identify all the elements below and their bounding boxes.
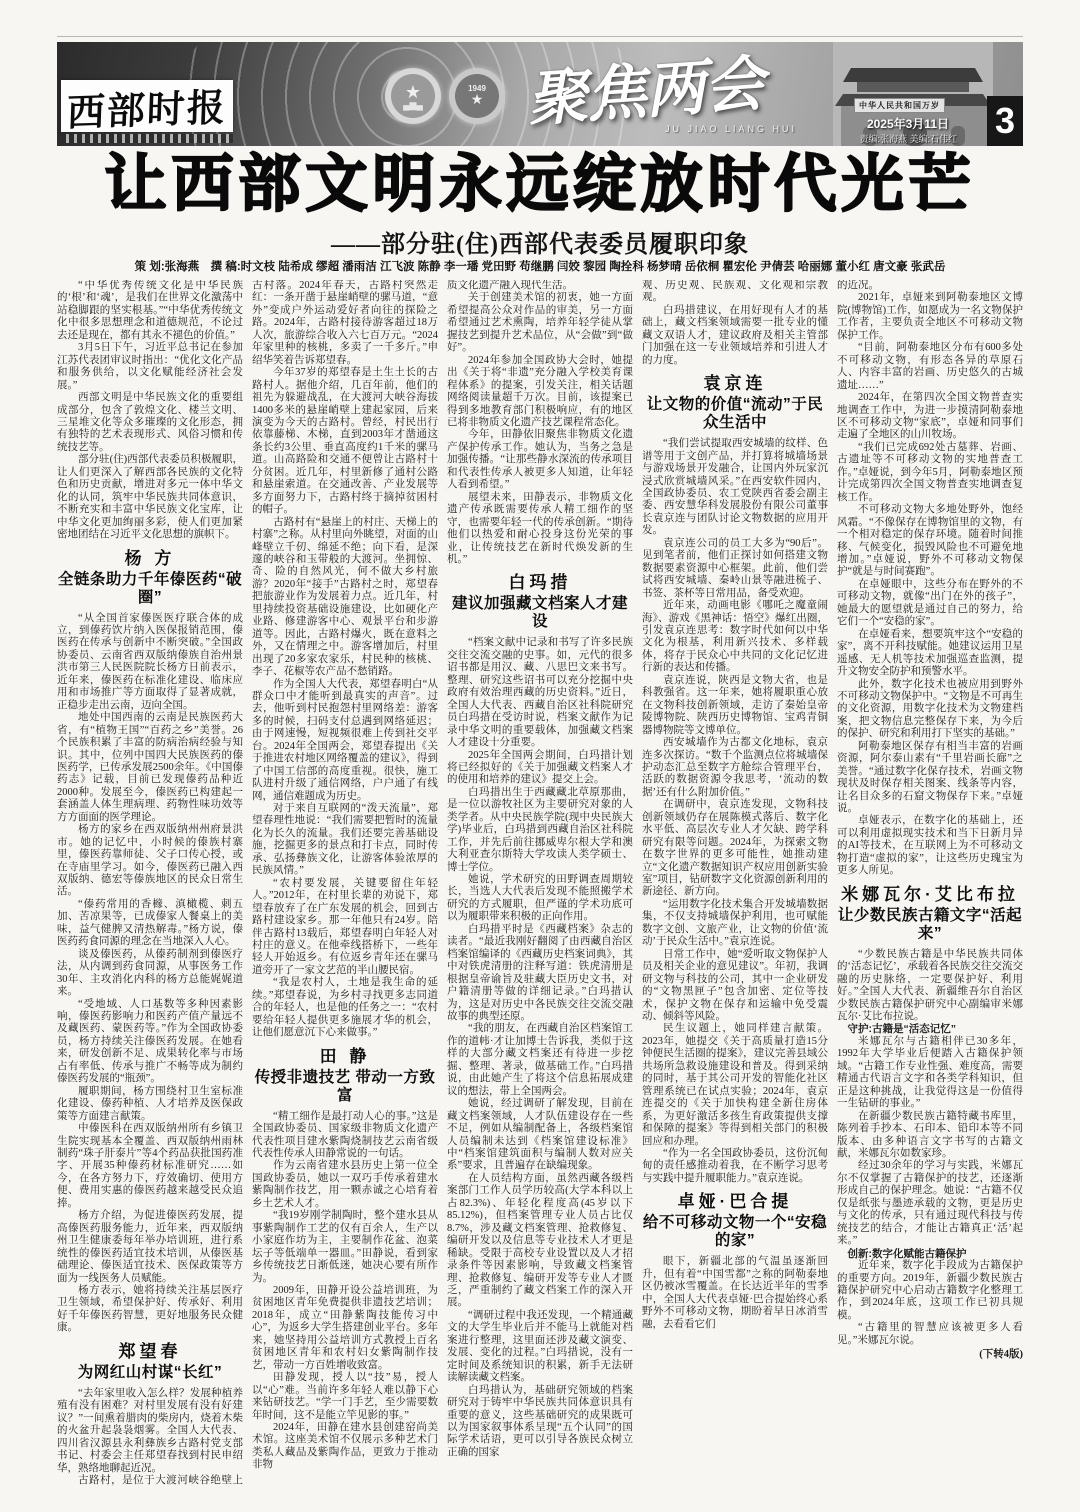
section-title: 让少数民族古籍文字“活起来” bbox=[837, 907, 1023, 943]
cppcc-emblem-year: 1949 bbox=[468, 84, 486, 93]
article-paragraph: 经过30余年的学习与实践，米娜瓦尔不仅掌握了古籍保护的技艺，还逐渐形成自己的保护… bbox=[837, 1160, 1023, 1247]
banner-date: 2025年3月11日 bbox=[867, 115, 949, 132]
article-paragraph: 古路村有“悬崖上的村庄、天梯上的村寨”之称。从村里向外眺望，对面的山峰壁立千仞、… bbox=[252, 517, 438, 679]
cppcc-emblem-icon: 1949 ★ bbox=[449, 68, 505, 124]
article-paragraph: 此外，数字化技术也被应用到野外不可移动文物保护中。“文物是不可再生的文化资源，用… bbox=[837, 679, 1023, 741]
banner-editors: 责编:张海燕 美编:石伟红 bbox=[859, 132, 957, 145]
article-paragraph: “精工细作是最打动人心的事。”这是全国政协委员、国家级非物质文化遗产代表性项目建… bbox=[252, 1111, 438, 1161]
newspaper-page: 西部时报 ★ ▄▆▄ 1949 ★ 聚焦两会 JU JIAO LIANG HUI… bbox=[0, 0, 1080, 1512]
article-paragraph: 在卓娅眼中，这些分布在野外的不可移动文物，就像“出门在外的孩子”，她最大的愿望就… bbox=[837, 579, 1023, 629]
article-paragraph: 在新疆少数民族古籍特藏书库里，陈列着手抄本、石印本、铅印本等不同版本、由多种语言… bbox=[837, 1111, 1023, 1161]
article-paragraph: 杨方介绍，为促进傣医药发展，提高傣医药服务能力，近年来，西双版纳州卫生健康委每年… bbox=[57, 1210, 243, 1285]
section-title: 让文物的价值“流动”于民众生活中 bbox=[642, 396, 828, 432]
article-paragraph: “作为一名全国政协委员，这份沉甸甸的责任感推动着我，在不断学习思考与实践中提升履… bbox=[642, 1148, 828, 1185]
section-heading: 白玛措建议加强藏文档案人才建设 bbox=[447, 573, 633, 631]
article-paragraph: 日常工作中，她“爱听取文物保护人员及相关企业的意见建议”。年初，我调研文物与科技… bbox=[642, 949, 828, 1024]
delegate-name: 白玛措 bbox=[447, 573, 633, 593]
masthead: 西部时报 bbox=[61, 80, 233, 132]
article-paragraph: 作为全国人大代表，郑望春明白“从群众口中才能听到最真实的声音”。过去，他听到村民… bbox=[252, 679, 438, 804]
article-paragraph: “傣药常用的香橼、滇橄榄、刺五加、苦凉果等，已成傣家人餐桌上的美味，益气健脾又清… bbox=[57, 899, 243, 949]
section-heading: 米娜瓦尔·艾比布拉让少数民族古籍文字“活起来” bbox=[837, 885, 1023, 943]
delegate-name: 郑望春 bbox=[57, 1342, 243, 1362]
national-emblem-icon: ★ ▄▆▄ bbox=[385, 68, 441, 124]
delegate-name: 卓娅·巴合提 bbox=[642, 1192, 828, 1212]
article-paragraph: 西安城墙作为古都文化地标，袁京连多次探访。“数千个监测点位将城墙保护动态汇总至数… bbox=[642, 737, 828, 799]
article-paragraph: “运用数字化技术集合开发城墙数据集，不仅支持城墙保护利用，也可赋能数字文创、文旅… bbox=[642, 899, 828, 949]
article-paragraph: 2024年，田静在建水县创建窑尚美术馆。这座美术馆不仅展示多种艺术门类私人藏品及… bbox=[252, 1422, 438, 1472]
article-paragraph: 近年来，动画电影《哪吒之魔童闹海》、游戏《黑神话：悟空》爆红出圈，引发袁京连思考… bbox=[642, 600, 828, 675]
article-paragraph: 古路村，是位于大渡河峡谷绝壁上的 bbox=[57, 1475, 243, 1486]
article-paragraph: 中傣医科在西双版纳州所有乡镇卫生院实现基本全覆盖、西双版纳州雨林制药“珠子肝泰片… bbox=[57, 1123, 243, 1210]
continued-note: (下转4版) bbox=[837, 1349, 1023, 1361]
article-paragraph: 观、历史观、民族观、文化观和宗教观。 bbox=[642, 280, 828, 305]
article-paragraph: “我是农村人，土地是我生命的延续。”郑望春说，为乡村寻找更多志同道合的年轻人，也… bbox=[252, 977, 438, 1039]
section-title: 为网红山村谋“长红” bbox=[57, 1364, 243, 1382]
article-column: 观、历史观、民族观、文化观和宗教观。白玛措建议，在用好现有人才的基础上，藏文档案… bbox=[642, 280, 828, 1486]
article-paragraph: 白玛措建议，在用好现有人才的基础上，藏文档案领域需要一批专业的懂藏文双语人才，建… bbox=[642, 305, 828, 367]
article-paragraph: “少数民族古籍是中华民族共同体的‘活态记忆’，承载着各民族交往交流交融的历史脉络… bbox=[837, 949, 1023, 1024]
article-paragraph: 阿勒泰地区保存有相当丰富的岩画资源，阿尔泰山素有“千里岩画长廊”之美誉。“通过数… bbox=[837, 741, 1023, 816]
article-paragraph: 眼下，新疆北部的气温虽逐渐回升，但有着“中国雪都”之称的阿勒泰地区仍被冰雪覆盖。… bbox=[642, 1256, 828, 1331]
article-paragraph: 杨方表示，她将持续关注基层医疗卫生领域，希望保护好、传承好、利用好千年傣医药智慧… bbox=[57, 1285, 243, 1335]
top-rule bbox=[57, 36, 1023, 37]
article-paragraph: 卓娅表示，在数字化的基础上，还可以利用虚拟现实技术和当下日新月异的AI等技术，在… bbox=[837, 815, 1023, 877]
article-paragraph: 2025年全国两会期间，白玛措计划将已经拟好的《关于加强藏文档案人才的使用和培养… bbox=[447, 750, 633, 787]
article-paragraph: 在卓娅看来，想要筑牢这个“安稳的家”，离不开科技赋能。她建议运用卫星遥感、无人机… bbox=[837, 629, 1023, 679]
article-paragraph: 3月5日下午，习近平总书记在参加江苏代表团审议时指出：“优化文化产品和服务供给，… bbox=[57, 342, 243, 392]
article-paragraph: “我19岁刚学制陶时，整个建水县从事紫陶制作工艺的仅有百余人，生产以小家庭作坊为… bbox=[252, 1210, 438, 1285]
article-paragraph: “从全国首家傣医医疗联合体的成立，到傣药饮片纳入医保报销范围，傣医药在传承与创新… bbox=[57, 613, 243, 713]
section-heading: 卓娅·巴合提给不可移动文物一个“安稳的家” bbox=[642, 1192, 828, 1250]
article-paragraph: 谈及傣医药，从傣药制剂到傣医疗法，从内调到药食同源，从事医务工作30年、主攻消化… bbox=[57, 949, 243, 999]
gate-glyph-icon: ▄▆▄ bbox=[403, 101, 423, 110]
article-paragraph: 在调研中，袁京连发现，文物科技创新领域仍存在展陈模式落后、数字化水平低、高层次专… bbox=[642, 799, 828, 899]
article-column: 的近况。2021年，卓娅来到阿勒泰地区文博院(博物馆)工作，如愿成为一名文物保护… bbox=[837, 280, 1023, 1486]
article-paragraph: 对于来自互联网的“泼天流量”，郑望春理性地说：“我们需要把暂时的流量化为长久的流… bbox=[252, 803, 438, 878]
banner-title-pinyin: JU JIAO LIANG HUI bbox=[665, 124, 797, 134]
article-paragraph: “调研过程中我还发现，一个精通藏文的大学生毕业后并不能马上就能对档案进行整理，这… bbox=[447, 1310, 633, 1385]
article-paragraph: 部分驻(住)西部代表委员积极履职，让人们更深入了解西部各民族的文化特色和历史贡献… bbox=[57, 454, 243, 541]
article-paragraph: 2024年参加全国政协大会时，她提出《关于将“非遗”充分融入学校美育课程体系》的… bbox=[447, 355, 633, 430]
main-headline: 让西部文明永远绽放时代光芒 bbox=[40, 152, 1040, 218]
article-paragraph: 袁京连公司的员工大多为“90后”。见到笔者前，他们正探讨如何搭建文物数据要素资源… bbox=[642, 538, 828, 600]
article-paragraph: 关于创建美术馆的初衷，她一方面希望提高公众对作品的审美，另一方面希望通过艺术熏陶… bbox=[447, 292, 633, 354]
article-paragraph: 白玛措认为，基础研究领域的档案研究对于铸牢中华民族共同体意识具有重要的意义，这些… bbox=[447, 1385, 633, 1460]
article-paragraph: 质文化遗产融入现代生活。 bbox=[447, 280, 633, 292]
masthead-info-strip bbox=[61, 134, 233, 143]
article-column: 古村落。2024年春天，古路村突然走红：一条开凿于悬崖峭壁的骡马道，“意外”变成… bbox=[252, 280, 438, 1486]
article-paragraph: 杨方的家乡在西双版纳州州府景洪市。她的记忆中，小时候的傣族村寨里，傣医药靠师徒、… bbox=[57, 824, 243, 899]
page-number: 3 bbox=[987, 96, 1023, 146]
article-column: “中华优秀传统文化是中华民族的‘根’和‘魂’，是我们在世界文化激荡中站稳脚跟的坚… bbox=[57, 280, 243, 1486]
article-paragraph: 米娜瓦尔与古籍相伴已30多年，1992年大学毕业后便踏入古籍保护领域。“古籍工作… bbox=[837, 1036, 1023, 1111]
article-paragraph: 她说，经过调研了解发现，目前在藏文档案领域，人才队伍建设存在一些不足，例如从编制… bbox=[447, 1098, 633, 1173]
section-heading: 田 静传授非遗技艺 带动一方致富 bbox=[252, 1047, 438, 1105]
article-paragraph: 田静发现，授人以“技”易，授人以“心”难。当前许多年轻人难以静下心来钻研技艺。“… bbox=[252, 1372, 438, 1422]
article-columns: “中华优秀传统文化是中华民族的‘根’和‘魂’，是我们在世界文化激荡中站稳脚跟的坚… bbox=[57, 280, 1023, 1486]
article-paragraph: 履职期间，杨方围绕村卫生室标准化建设、傣药种植、人才培养及医保政策等方面建言献策… bbox=[57, 1086, 243, 1123]
article-paragraph: “我们尝试提取西安城墙的纹样、色谱等用于文创产品，并打算将城墙场景与游戏场景开发… bbox=[642, 438, 828, 538]
article-paragraph: 袁京连说，陕西是文物大省，也是科教强省。这一年来，她将履职重心放在文物科技创新领… bbox=[642, 675, 828, 737]
article-paragraph: “受地域、人口基数等多种因素影响，傣医药影响力和医药产值产量远不及藏医药、蒙医药… bbox=[57, 999, 243, 1086]
article-paragraph: 不可移动文物大多地处野外，饱经风霜。“不像保存在博物馆里的文物，有一个相对稳定的… bbox=[837, 504, 1023, 579]
byline: 策 划:张海燕 撰 稿:时文枝 陆希成 缪超 潘雨洁 江飞波 陈静 李一璠 党田… bbox=[40, 258, 1040, 274]
section-heading: 郑望春为网红山村谋“长红” bbox=[57, 1342, 243, 1382]
delegate-name: 米娜瓦尔·艾比布拉 bbox=[837, 885, 1023, 905]
section-title: 建议加强藏文档案人才建设 bbox=[447, 595, 633, 631]
section-heading: 袁京连让文物的价值“流动”于民众生活中 bbox=[642, 374, 828, 432]
delegate-name: 杨 方 bbox=[57, 549, 243, 569]
slogan-plaque: 中华人民共和国万岁 bbox=[854, 98, 945, 113]
article-paragraph: 2024年，在第四次全国文物普查实地调查工作中，为进一步摸清阿勒泰地区不可移动文… bbox=[837, 392, 1023, 442]
article-paragraph: 作为云南省建水县历史上第一位全国政协委员，她以一双巧手传承着建水紫陶制作技艺，用… bbox=[252, 1160, 438, 1210]
article-paragraph: “我们已完成692处古墓葬、岩画、古遗址等不可移动文物的实地普查工作。”卓娅说，… bbox=[837, 442, 1023, 504]
article-paragraph: 展望未来，田静表示，非物质文化遗产传承既需要传承人精工细作的坚守，也需要年轻一代… bbox=[447, 492, 633, 567]
article-paragraph: “目前，阿勒泰地区分布有600多处不可移动文物，有形态各异的草原石人、内容丰富的… bbox=[837, 342, 1023, 392]
masthead-title: 西部时报 bbox=[66, 76, 228, 137]
article-paragraph: 2009年，田静开设公益培训班，为贫困地区青年免费提供非遗技艺培训；2018年，… bbox=[252, 1285, 438, 1372]
star-icon: ★ bbox=[405, 83, 421, 101]
section-title: 全链条助力千年傣医药“破圈” bbox=[57, 571, 243, 607]
article-paragraph: “农村要发展，关键要留住年轻人。”2012年，在村里长辈的劝说下，郑望春放弃了在… bbox=[252, 878, 438, 978]
article-paragraph: 白玛措平时是《西藏档案》杂志的读者。“最近我刚好翻阅了由西藏自治区档案馆编译的《… bbox=[447, 924, 633, 1024]
article-paragraph: “我的朋友，在西藏自治区档案馆工作的道帏·才让加博士告诉我，类似于这样的大部分藏… bbox=[447, 1023, 633, 1098]
article-paragraph: 她说，学术研究的田野调查周期较长，当选人大代表后发现不能照搬学术研究的方式履职，… bbox=[447, 874, 633, 924]
delegate-name: 田 静 bbox=[252, 1047, 438, 1067]
article-paragraph: “中华优秀传统文化是中华民族的‘根’和‘魂’，是我们在世界文化激荡中站稳脚跟的坚… bbox=[57, 280, 243, 342]
article-paragraph: 地处中国西南的云南是民族医药大省，有“植物王国”“百药之乡”美誉。26个民族积累… bbox=[57, 712, 243, 824]
article-column: 质文化遗产融入现代生活。关于创建美术馆的初衷，她一方面希望提高公众对作品的审美，… bbox=[447, 280, 633, 1486]
article-paragraph: 的近况。 bbox=[837, 280, 1023, 292]
article-paragraph: 今年，田静依旧聚焦非物质文化遗产保护传承工作。她认为，当务之急是加强传播。“让那… bbox=[447, 429, 633, 491]
article-paragraph: 西部文明是中华民族文化的重要组成部分，包含了敦煌文化、楼兰文明、三星堆文化等众多… bbox=[57, 392, 243, 454]
article-paragraph: “古籍里的智慧应该被更多人看见。”米娜瓦尔说。 bbox=[837, 1322, 1023, 1347]
headline-subtitle: ——部分驻(住)西部代表委员履职印象 bbox=[60, 224, 1020, 259]
delegate-name: 袁京连 bbox=[642, 374, 828, 394]
article-paragraph: “档案文献中记录和书写了许多民族交往交流交融的史事。如，元代的很多诏书都是用汉、… bbox=[447, 637, 633, 749]
section-heading: 杨 方全链条助力千年傣医药“破圈” bbox=[57, 549, 243, 607]
article-paragraph: “去年家里收入怎么样？发展种植养殖有没有困难？对村里发展有没有好建议？”一间熏着… bbox=[57, 1388, 243, 1475]
article-paragraph: 白玛措出生于西藏藏北草原那曲，是一位以游牧社区为主要研究对象的人类学者。从中央民… bbox=[447, 787, 633, 874]
article-paragraph: 古村落。2024年春天，古路村突然走红：一条开凿于悬崖峭壁的骡马道，“意外”变成… bbox=[252, 280, 438, 367]
banner-photo: 西部时报 ★ ▄▆▄ 1949 ★ 聚焦两会 JU JIAO LIANG HUI… bbox=[57, 42, 1023, 146]
star-icon: ★ bbox=[471, 93, 484, 108]
article-paragraph: 民生议题上，她同样建言献策。2023年，她提交《关于高质量打造15分钟便民生活圈… bbox=[642, 1023, 828, 1148]
article-paragraph: 2021年，卓娅来到阿勒泰地区文博院(博物馆)工作，如愿成为一名文物保护工作者，… bbox=[837, 292, 1023, 342]
section-title: 给不可移动文物一个“安稳的家” bbox=[642, 1214, 828, 1250]
article-paragraph: 近年来，数字化手段成为古籍保护的重要方向。2019年，新疆少数民族古籍保护研究中… bbox=[837, 1260, 1023, 1322]
section-title: 传授非遗技艺 带动一方致富 bbox=[252, 1069, 438, 1105]
bold-subhead: 创新:数字化赋能古籍保护 bbox=[837, 1248, 1023, 1260]
bold-subhead: 守护:古籍是“活态记忆” bbox=[837, 1023, 1023, 1035]
article-paragraph: 在人员结构方面，虽然西藏各级档案部门工作人员学历较高(大学本科以上占82.3%)… bbox=[447, 1173, 633, 1310]
article-paragraph: 今年37岁的郑望春是土生土长的古路村人。据他介绍，几百年前，他们的祖先为躲避战乱… bbox=[252, 367, 438, 516]
